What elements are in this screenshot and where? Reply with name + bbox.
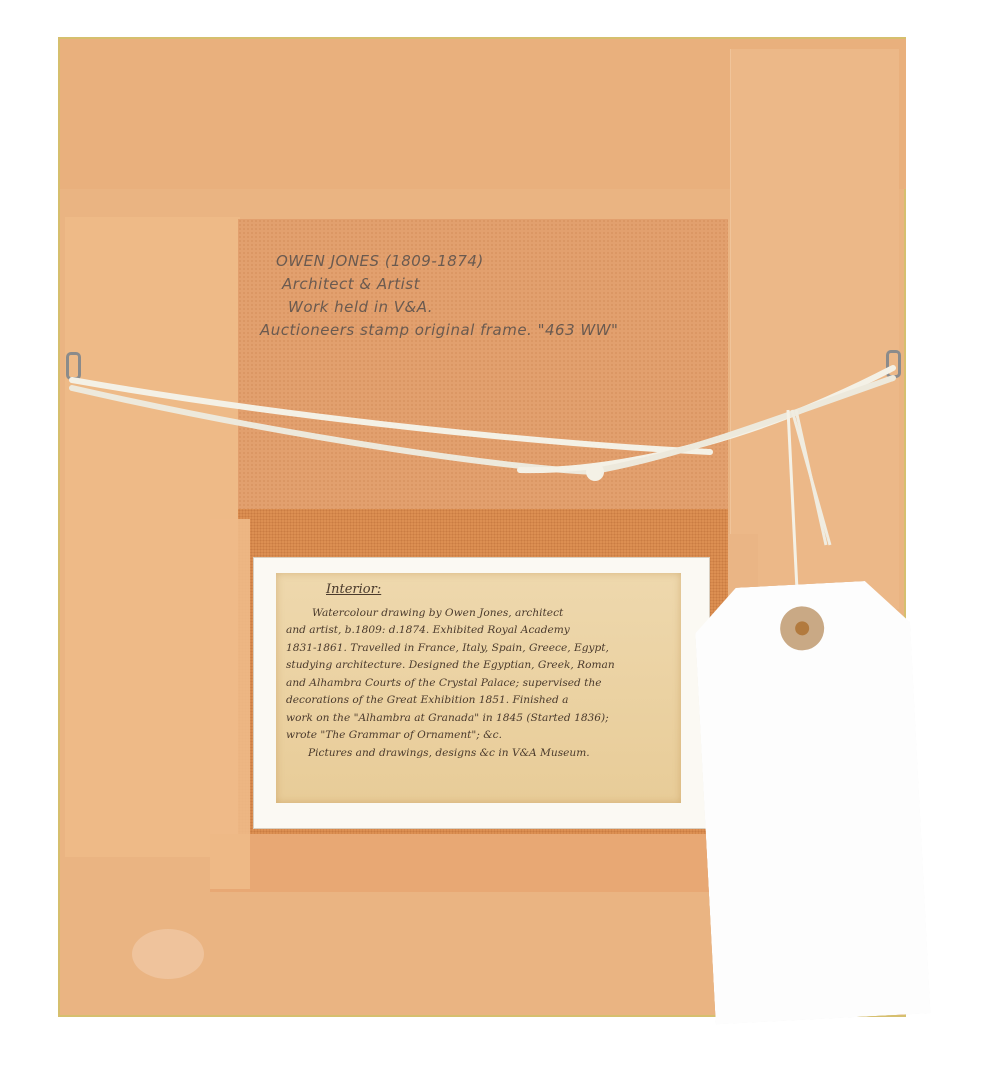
string-knot — [586, 463, 604, 481]
blank-luggage-tag[interactable] — [693, 579, 930, 1025]
tag-eyelet-icon — [779, 605, 825, 651]
